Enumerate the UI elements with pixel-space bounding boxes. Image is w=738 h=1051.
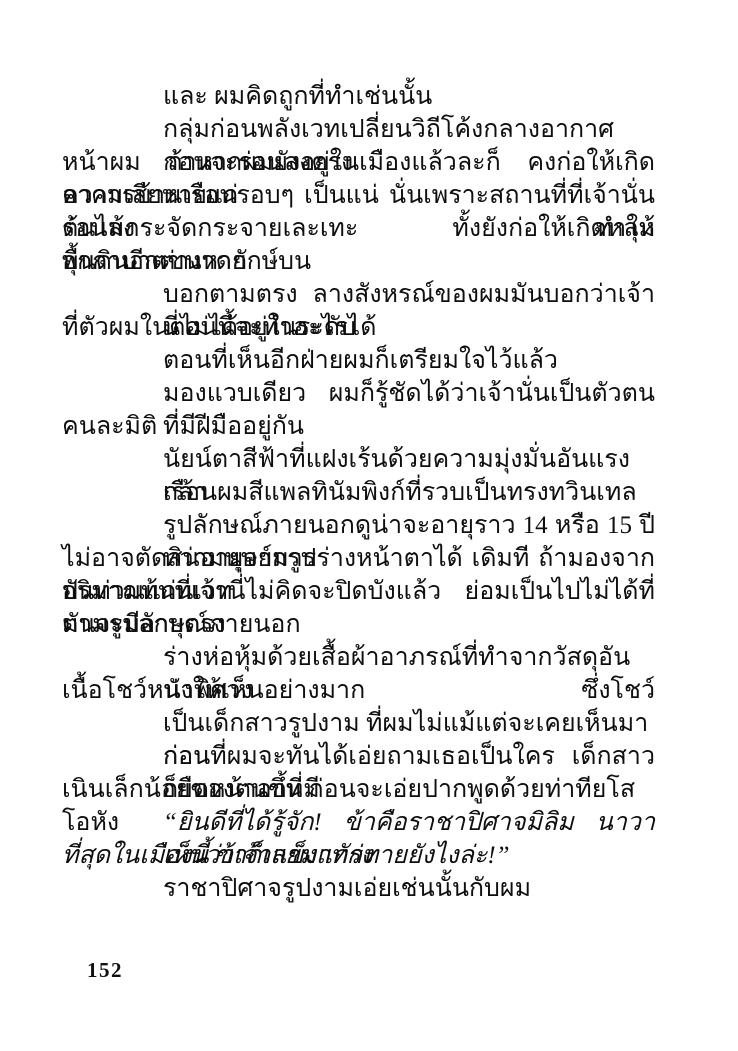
text-line: เรือนผมสีแพลทินัมพิงก์ที่รวบเป็นทรงทวินเ… bbox=[62, 476, 655, 509]
text-line: คนละมิติ bbox=[62, 410, 655, 443]
text-line: “ยินดีที่ได้รู้จัก! ข้าคือราชาปิศาจมิลิม… bbox=[62, 806, 655, 839]
text-line: นัยน์ตาสีฟ้าที่แฝงเร้นด้วยความมุ่งมั่นอั… bbox=[62, 443, 655, 476]
text-line: เป็นเด็กสาวรูปงาม ที่ผมไม่แม้แต่จะเคยเห็… bbox=[62, 707, 655, 740]
text-line: ต้นไม้กระจัดกระจายเละเทะ ทั้งยังก่อให้เก… bbox=[62, 212, 655, 245]
text-line: ร่างห่อหุ้มด้วยเสื้อผ้าอาภรณ์ที่ทำจากวัส… bbox=[62, 641, 655, 674]
text-line: ที่ตัวผมในตอนนี้จะทำอะไรได้ bbox=[62, 311, 655, 344]
text-line: อาคารบ้านเรือนรอบๆ เป็นแน่ นั่นเพราะสถาน… bbox=[62, 179, 655, 212]
book-page: และ ผมคิดถูกที่ทำเช่นนั้นกลุ่มก่อนพลังเว… bbox=[0, 0, 738, 1051]
text-line: อันท่วมท้นที่เจ้านี่ไม่คิดจะปิดบังแล้ว ย… bbox=[62, 575, 655, 608]
body-text: และ ผมคิดถูกที่ทำเช่นนั้นกลุ่มก่อนพลังเว… bbox=[62, 80, 655, 905]
text-line: ที่สุดในเมืองนี้ ข้าก็เลยมาทักทายยังไงล่… bbox=[62, 839, 655, 872]
text-line: ราชาปิศาจรูปงามเอ่ยเช่นนั้นกับผม bbox=[62, 872, 655, 905]
text-line: ไม่อาจตัดสินอายุจากรูปร่างหน้าตาได้ เดิม… bbox=[62, 542, 655, 575]
text-line: ตอนที่เห็นอีกฝ่ายผมก็เตรียมใจไว้แล้ว bbox=[62, 344, 655, 377]
text-line: และ ผมคิดถูกที่ทำเช่นนั้น bbox=[62, 80, 655, 113]
text-line: มองแวบเดียว ผมก็รู้ชัดได้ว่าเจ้านั่นเป็น… bbox=[62, 377, 655, 410]
text-line: ตามรูปลักษณ์ภายนอก bbox=[62, 608, 655, 641]
text-line: ก่อนที่ผมจะทันได้เอ่ยถามเธอเป็นใคร เด็กส… bbox=[62, 740, 655, 773]
text-line: เนินเล็กน้อยของตนขึ้น ก่อนจะเอ่ยปากพูดด้… bbox=[62, 773, 655, 806]
text-line: รูปลักษณ์ภายนอกดูน่าจะอายุราว 14 หรือ 15… bbox=[62, 509, 655, 542]
text-line: บอกตามตรง ลางสังหรณ์ของผมมันบอกว่าเจ้านี… bbox=[62, 278, 655, 311]
text-line: พื้นดินอีกต่างหาก bbox=[62, 245, 655, 278]
page-number: 152 bbox=[87, 958, 123, 983]
text-line: กลุ่มก่อนพลังเวทเปลี่ยนวิถีโค้งกลางอากาศ… bbox=[62, 113, 655, 146]
text-line: หน้าผม ถ้าหากผมยังอยู่ในเมืองแล้วละก็ คง… bbox=[62, 146, 655, 179]
